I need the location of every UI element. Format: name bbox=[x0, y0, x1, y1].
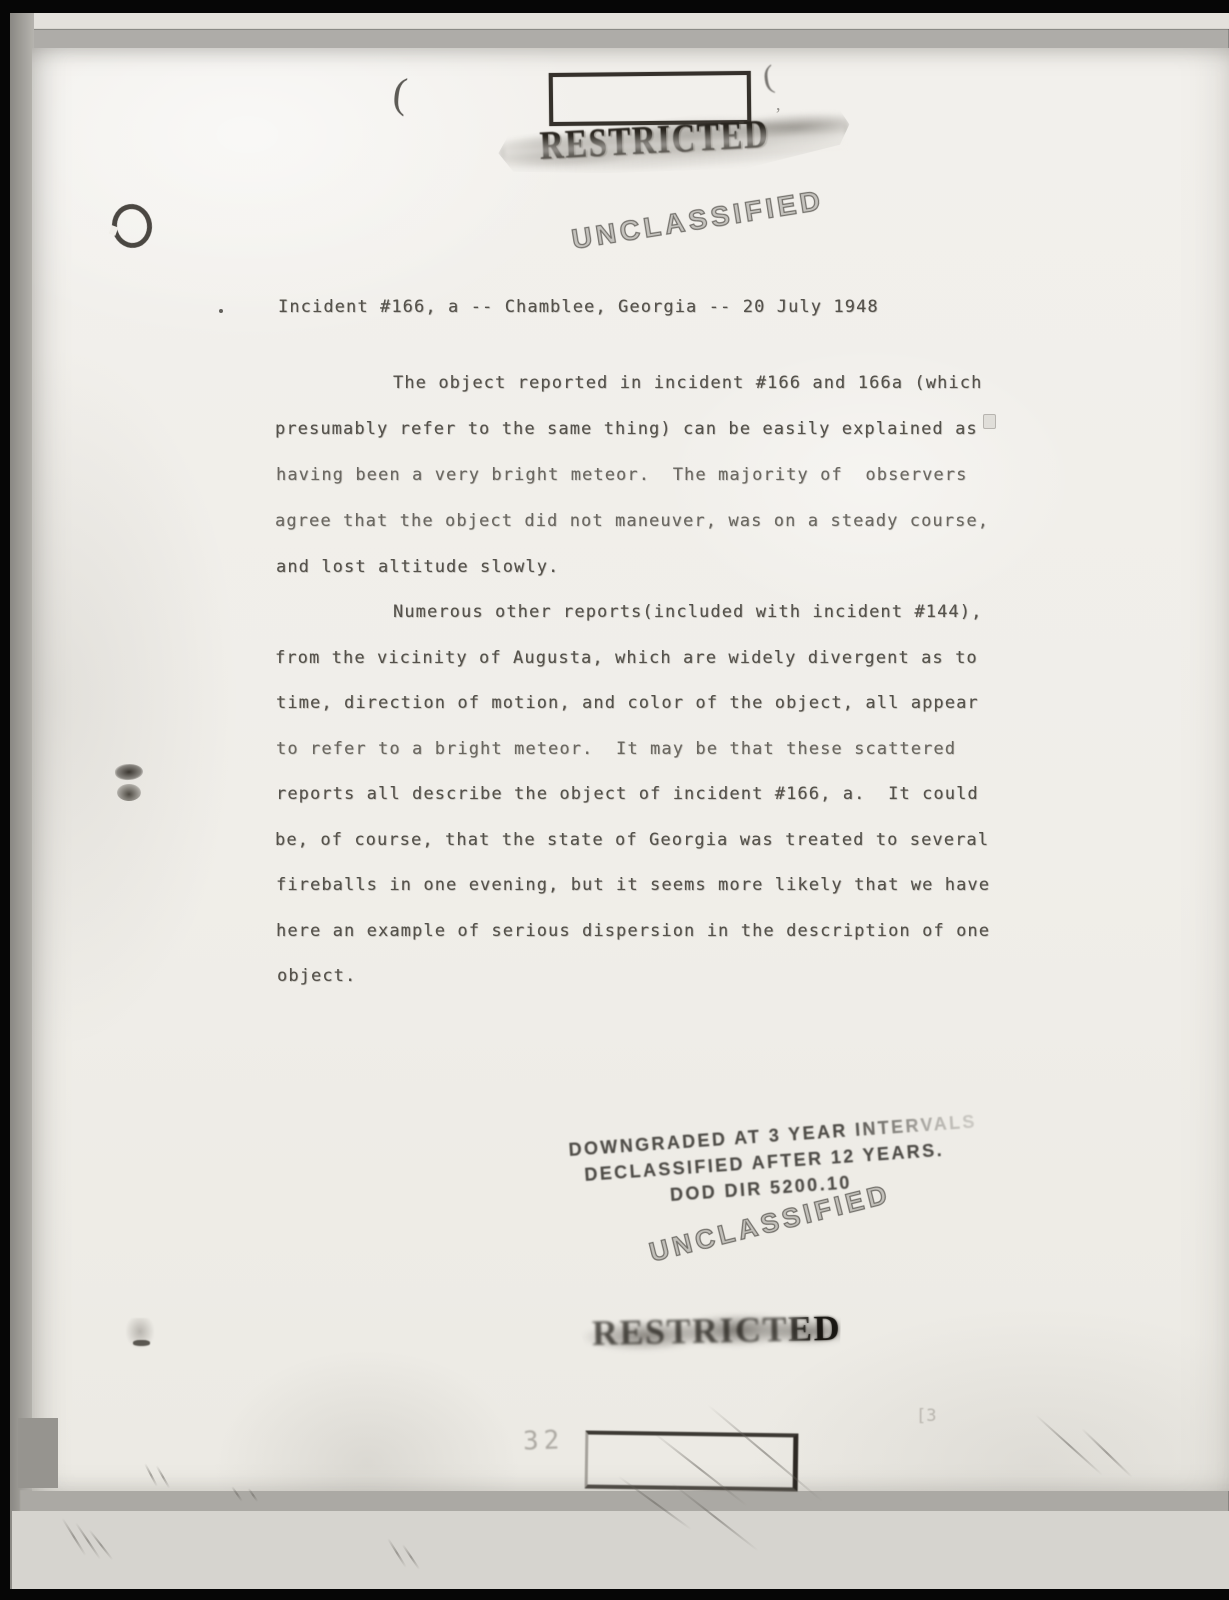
typed-line: time, direction of motion, and color of … bbox=[276, 693, 979, 713]
typed-line: fireballs in one evening, but it seems m… bbox=[276, 875, 990, 895]
typed-line: and lost altitude slowly. bbox=[276, 557, 559, 577]
typed-line: here an example of serious dispersion in… bbox=[276, 921, 990, 941]
underpage-top-shadow-band bbox=[16, 29, 1229, 49]
faint-square-mark bbox=[983, 414, 996, 429]
ink-blot-upper bbox=[114, 763, 143, 781]
page-bottom-edge-shadow bbox=[20, 1490, 1229, 1512]
incident-heading: Incident #166, a -- Chamblee, Georgia --… bbox=[278, 297, 879, 317]
typed-line: presumably refer to the same thing) can … bbox=[275, 419, 978, 439]
scanned-document-canvas: { "colors": { "paper": "#f0eee9", "scann… bbox=[0, 0, 1229, 1600]
underpage-bottom-zone bbox=[12, 1511, 1229, 1589]
typed-line: Numerous other reports(included with inc… bbox=[393, 602, 982, 622]
typed-line: The object reported in incident #166 and… bbox=[393, 373, 982, 393]
page-corner-shadow-rect bbox=[18, 1418, 58, 1488]
ink-blot-mark bbox=[115, 764, 145, 806]
scan-area: ( ( , RESTRICTED UNCLASSIFIED Incident #… bbox=[0, 0, 1229, 1600]
ink-blot-lower bbox=[117, 784, 141, 801]
page-number: 32 bbox=[522, 1425, 564, 1456]
typed-line: to refer to a bright meteor. It may be t… bbox=[276, 739, 956, 759]
typed-line: be, of course, that the state of Georgia… bbox=[275, 830, 989, 850]
typed-line: reports all describe the object of incid… bbox=[276, 784, 979, 804]
restricted-stamp-bottom-sharp-end: RESTRICTED bbox=[592, 1307, 842, 1354]
typed-line: object. bbox=[277, 966, 356, 986]
underpage-top-edge bbox=[14, 13, 1229, 29]
document-page bbox=[32, 48, 1229, 1491]
faint-bracket-mark: [3 bbox=[916, 1406, 936, 1426]
typed-line: agree that the object did not maneuver, … bbox=[275, 511, 989, 531]
underpage-left-edge bbox=[10, 13, 34, 1589]
typed-line: from the vicinity of Augusta, which are … bbox=[275, 648, 978, 668]
typed-period-mark bbox=[219, 309, 223, 313]
typed-line: having been a very bright meteor. The ma… bbox=[276, 465, 967, 485]
faint-blot-base bbox=[133, 1340, 150, 1346]
